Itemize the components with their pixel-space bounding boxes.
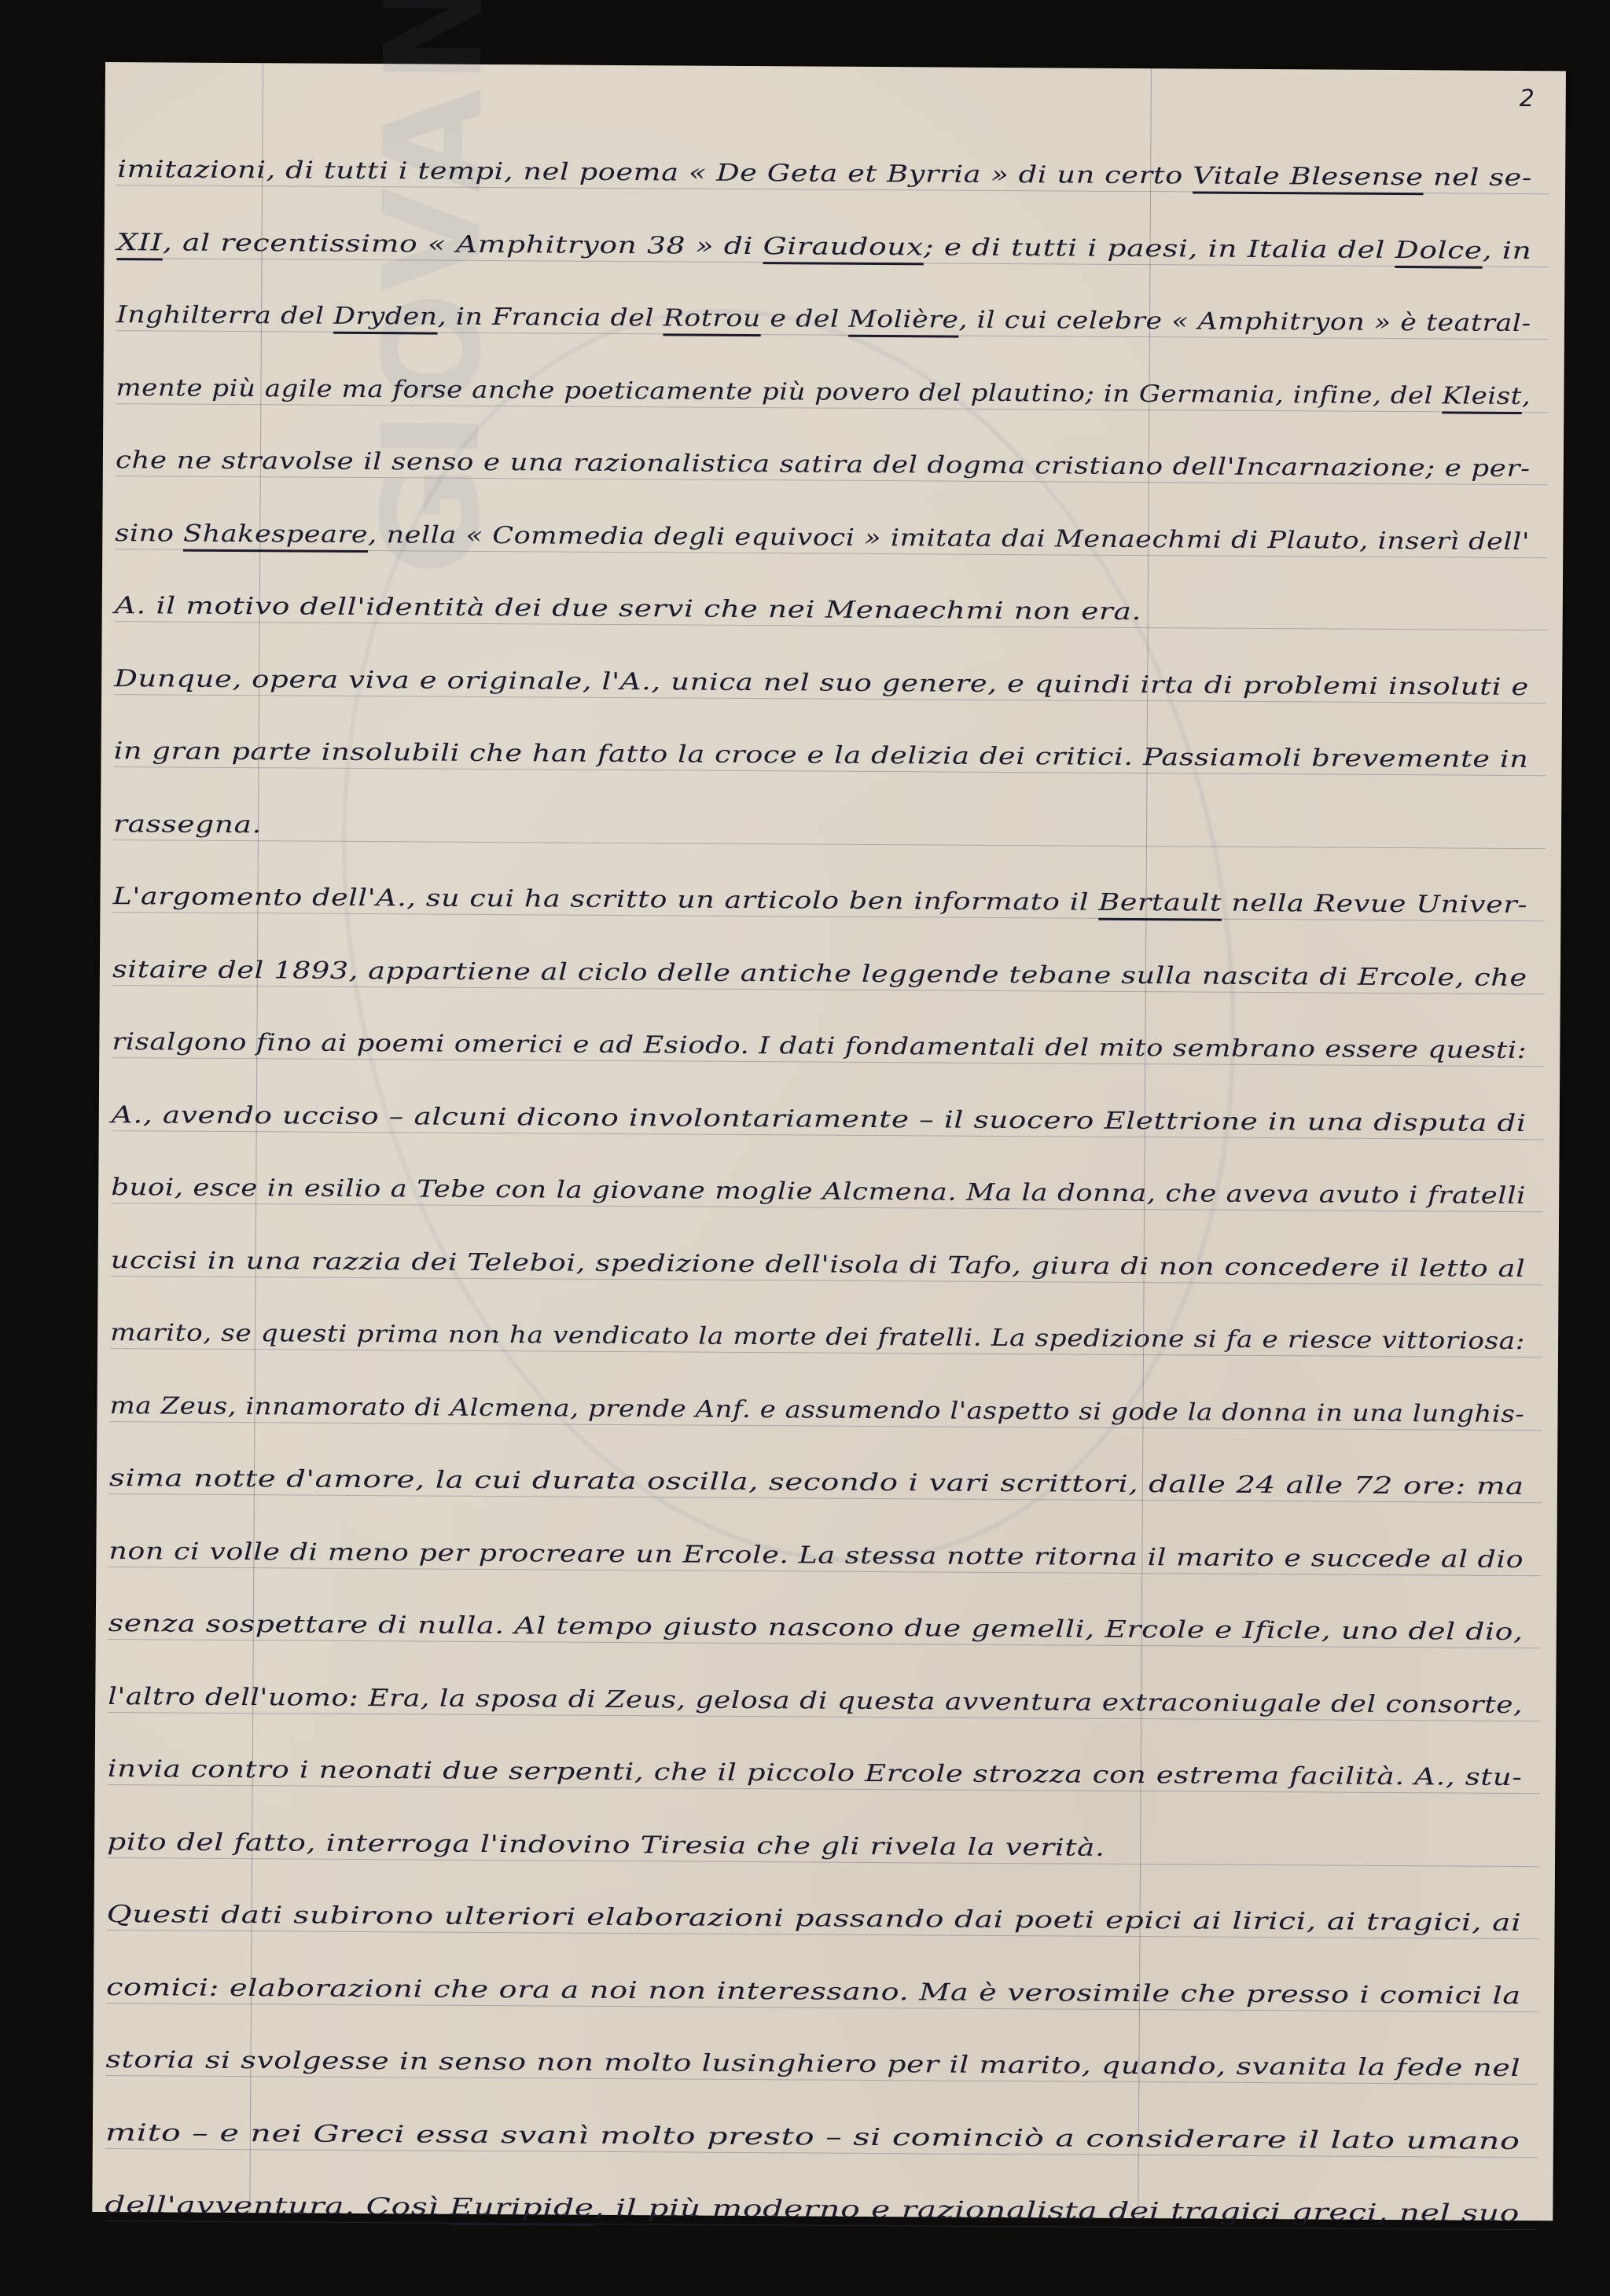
manuscript-line-text: dell'avventura. Così Euripide, il più mo… [105, 2191, 1520, 2228]
manuscript-page: GIOVANNI 2 imitazioni, di tutti i tempi,… [92, 62, 1566, 2221]
manuscript-line: dell'avventura. Così Euripide, il più mo… [105, 2142, 1538, 2230]
handwritten-text-body: imitazioni, di tutti i tempi, nel poema … [92, 62, 1566, 2221]
underlined-name: Euripide [450, 2194, 594, 2222]
